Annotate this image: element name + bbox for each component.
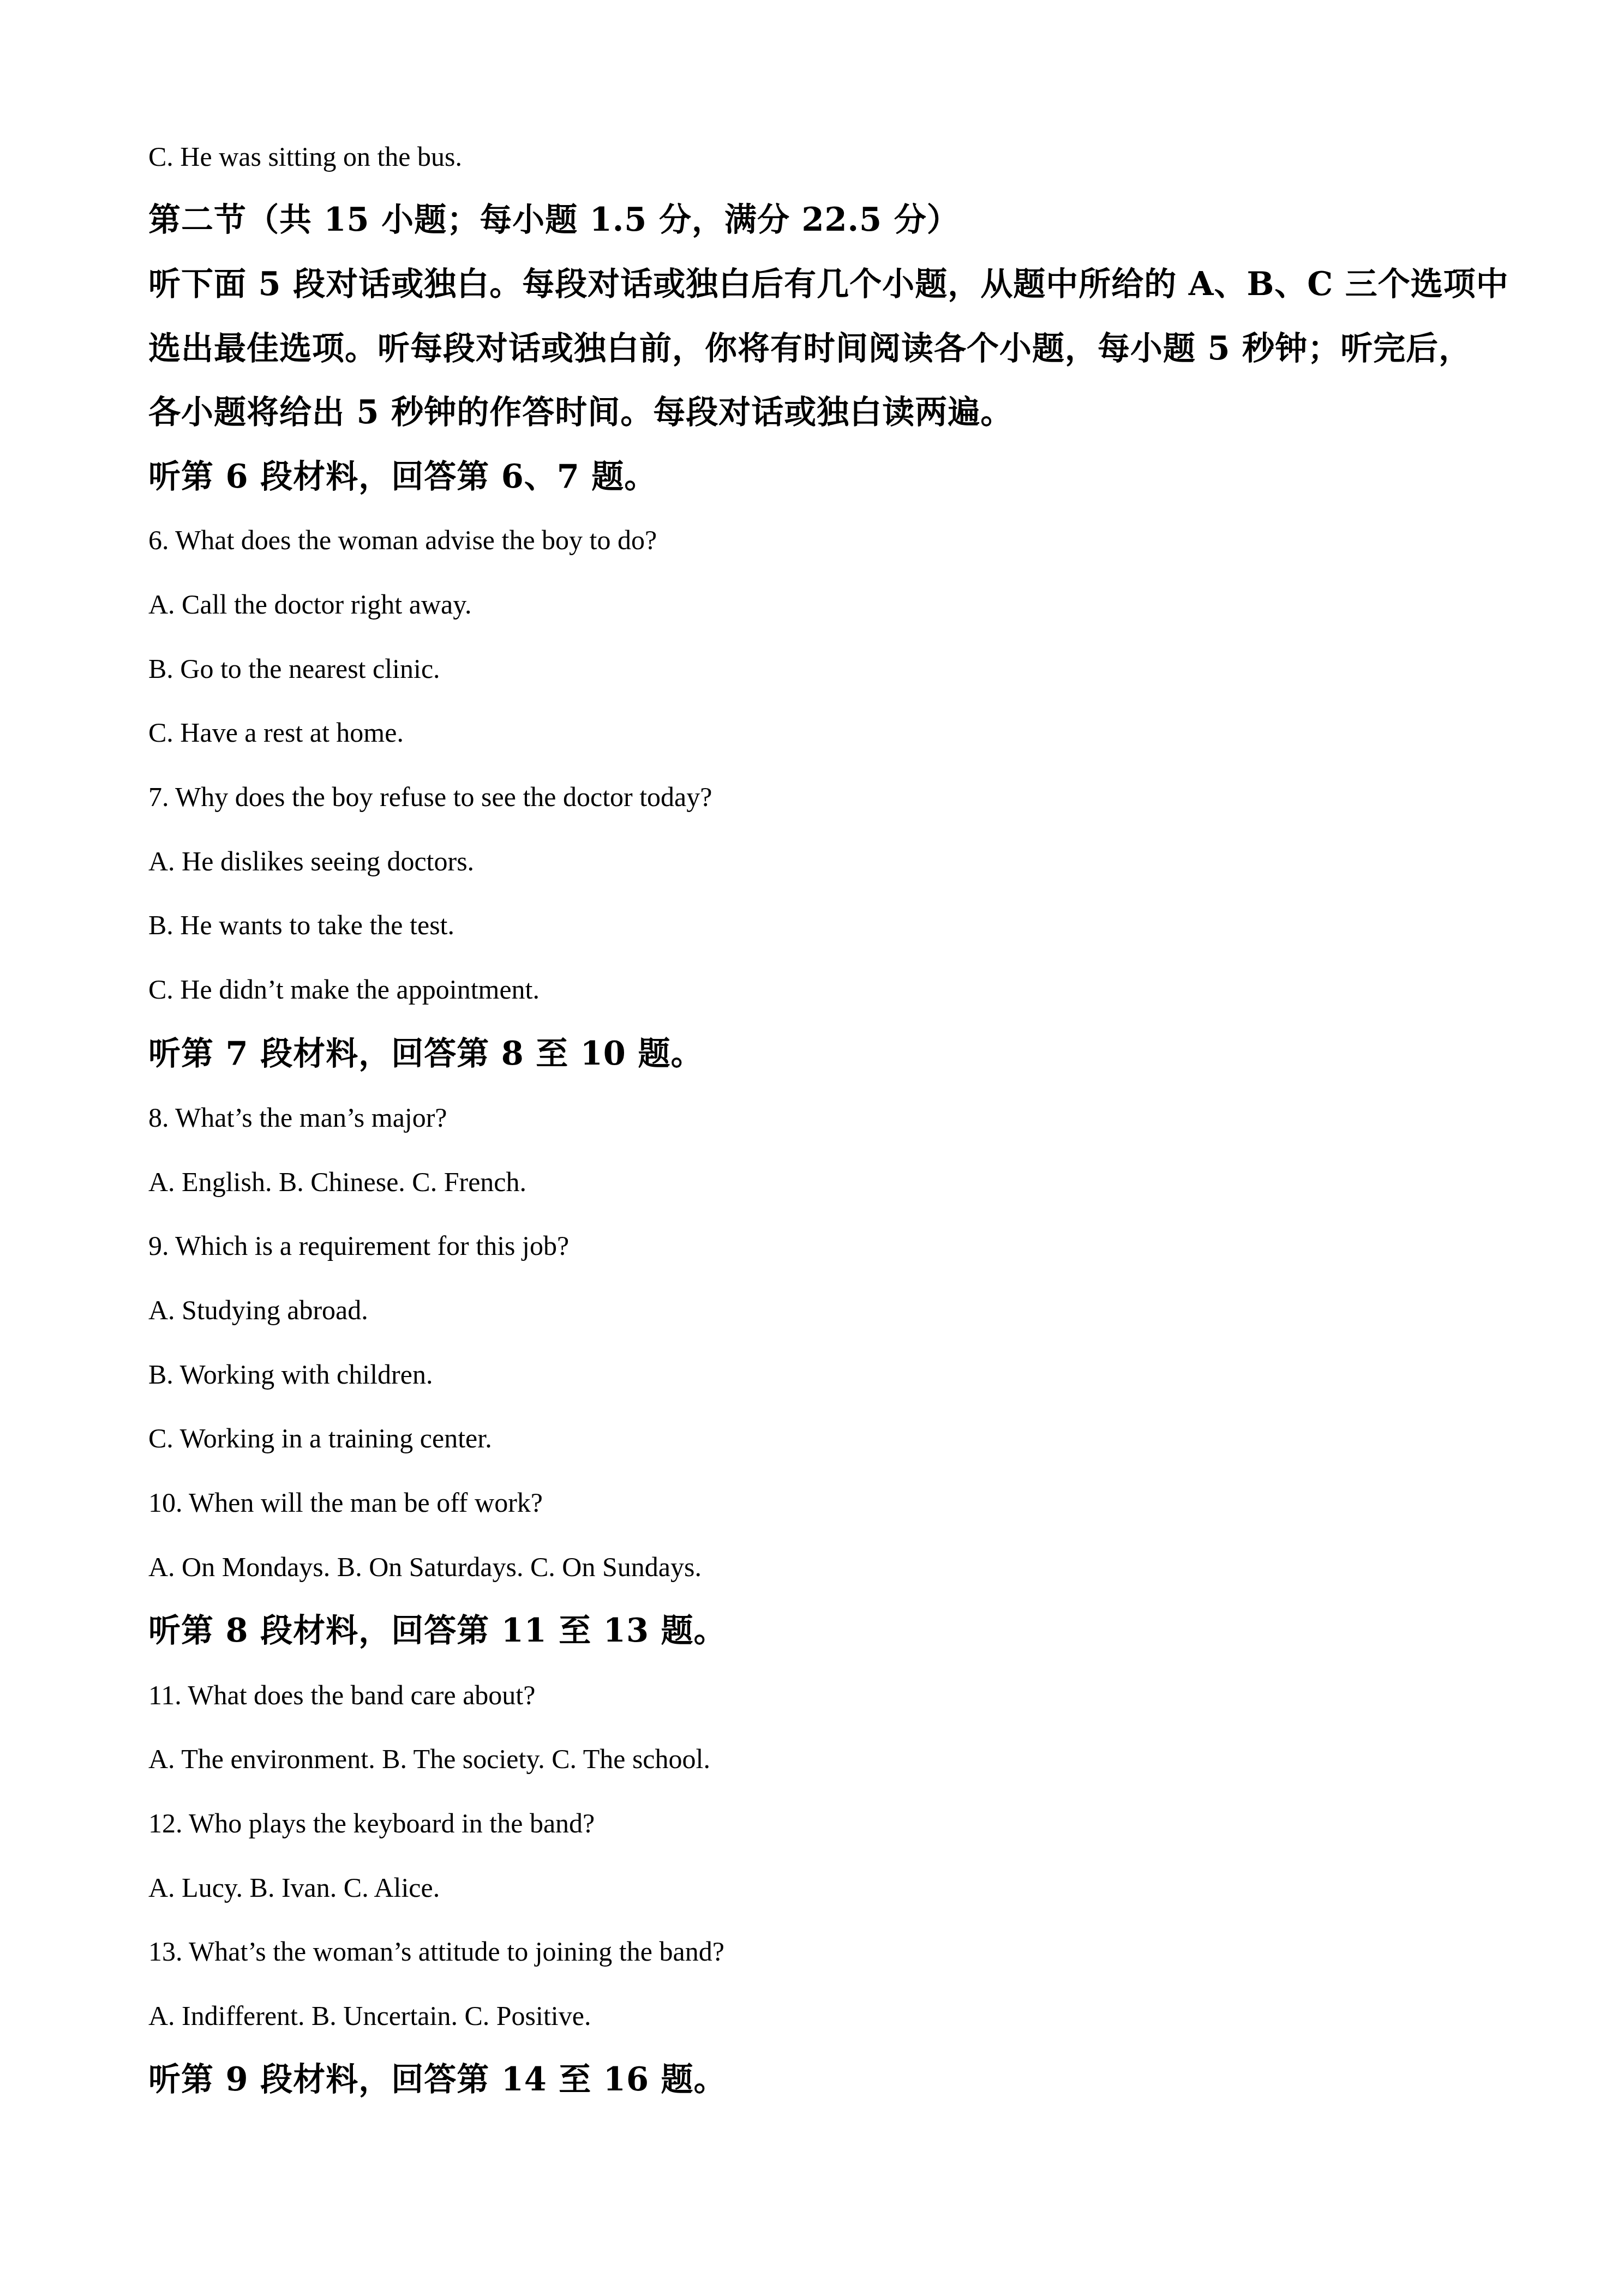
options-11: A. The environment. B. The society. C. T… — [148, 1745, 710, 1772]
option-9a: A. Studying abroad. — [148, 1296, 368, 1324]
question-10: 10. When will the man be off work? — [148, 1489, 543, 1516]
options-10: A. On Mondays. B. On Saturdays. C. On Su… — [148, 1553, 702, 1580]
option-6a: A. Call the doctor right away. — [148, 591, 471, 618]
options-8: A. English. B. Chinese. C. French. — [148, 1168, 526, 1195]
option-9c: C. Working in a training center. — [148, 1425, 492, 1452]
instructions-line-1: 听下面 5 段对话或独白。每段对话或独白后有几个小题，从题中所给的 A、B、C … — [148, 268, 1509, 300]
options-13: A. Indifferent. B. Uncertain. C. Positiv… — [148, 2002, 591, 2029]
question-6: 6. What does the woman advise the boy to… — [148, 526, 657, 554]
material-7-heading: 听第 7 段材料，回答第 8 至 10 题。 — [148, 1037, 703, 1069]
question-7: 7. Why does the boy refuse to see the do… — [148, 783, 712, 810]
options-12: A. Lucy. B. Ivan. C. Alice. — [148, 1874, 440, 1901]
option-7b: B. He wants to take the test. — [148, 911, 454, 939]
material-6-heading: 听第 6 段材料，回答第 6、7 题。 — [148, 460, 657, 492]
question-12: 12. Who plays the keyboard in the band? — [148, 1810, 595, 1837]
exam-page: C. He was sitting on the bus. 第二节（共 15 小… — [0, 0, 1624, 2296]
question-13: 13. What’s the woman’s attitude to joini… — [148, 1938, 724, 1965]
section-two-heading: 第二节（共 15 小题；每小题 1.5 分，满分 22.5 分） — [148, 203, 960, 236]
question-9: 9. Which is a requirement for this job? — [148, 1232, 569, 1259]
option-9b: B. Working with children. — [148, 1361, 433, 1388]
material-8-heading: 听第 8 段材料，回答第 11 至 13 题。 — [148, 1614, 727, 1646]
question-11: 11. What does the band care about? — [148, 1681, 535, 1709]
option-5c: C. He was sitting on the bus. — [148, 143, 462, 170]
instructions-line-3: 各小题将给出 5 秒钟的作答时间。每段对话或独白读两遍。 — [148, 396, 1013, 428]
instructions-line-2: 选出最佳选项。听每段对话或独白前，你将有时间阅读各个小题，每小题 5 秒钟；听完… — [148, 332, 1471, 364]
material-9-heading: 听第 9 段材料，回答第 14 至 16 题。 — [148, 2063, 727, 2095]
option-7c: C. He didn’t make the appointment. — [148, 976, 540, 1003]
option-6b: B. Go to the nearest clinic. — [148, 655, 440, 682]
option-6c: C. Have a rest at home. — [148, 719, 404, 746]
question-8: 8. What’s the man’s major? — [148, 1104, 447, 1131]
option-7a: A. He dislikes seeing doctors. — [148, 848, 474, 875]
